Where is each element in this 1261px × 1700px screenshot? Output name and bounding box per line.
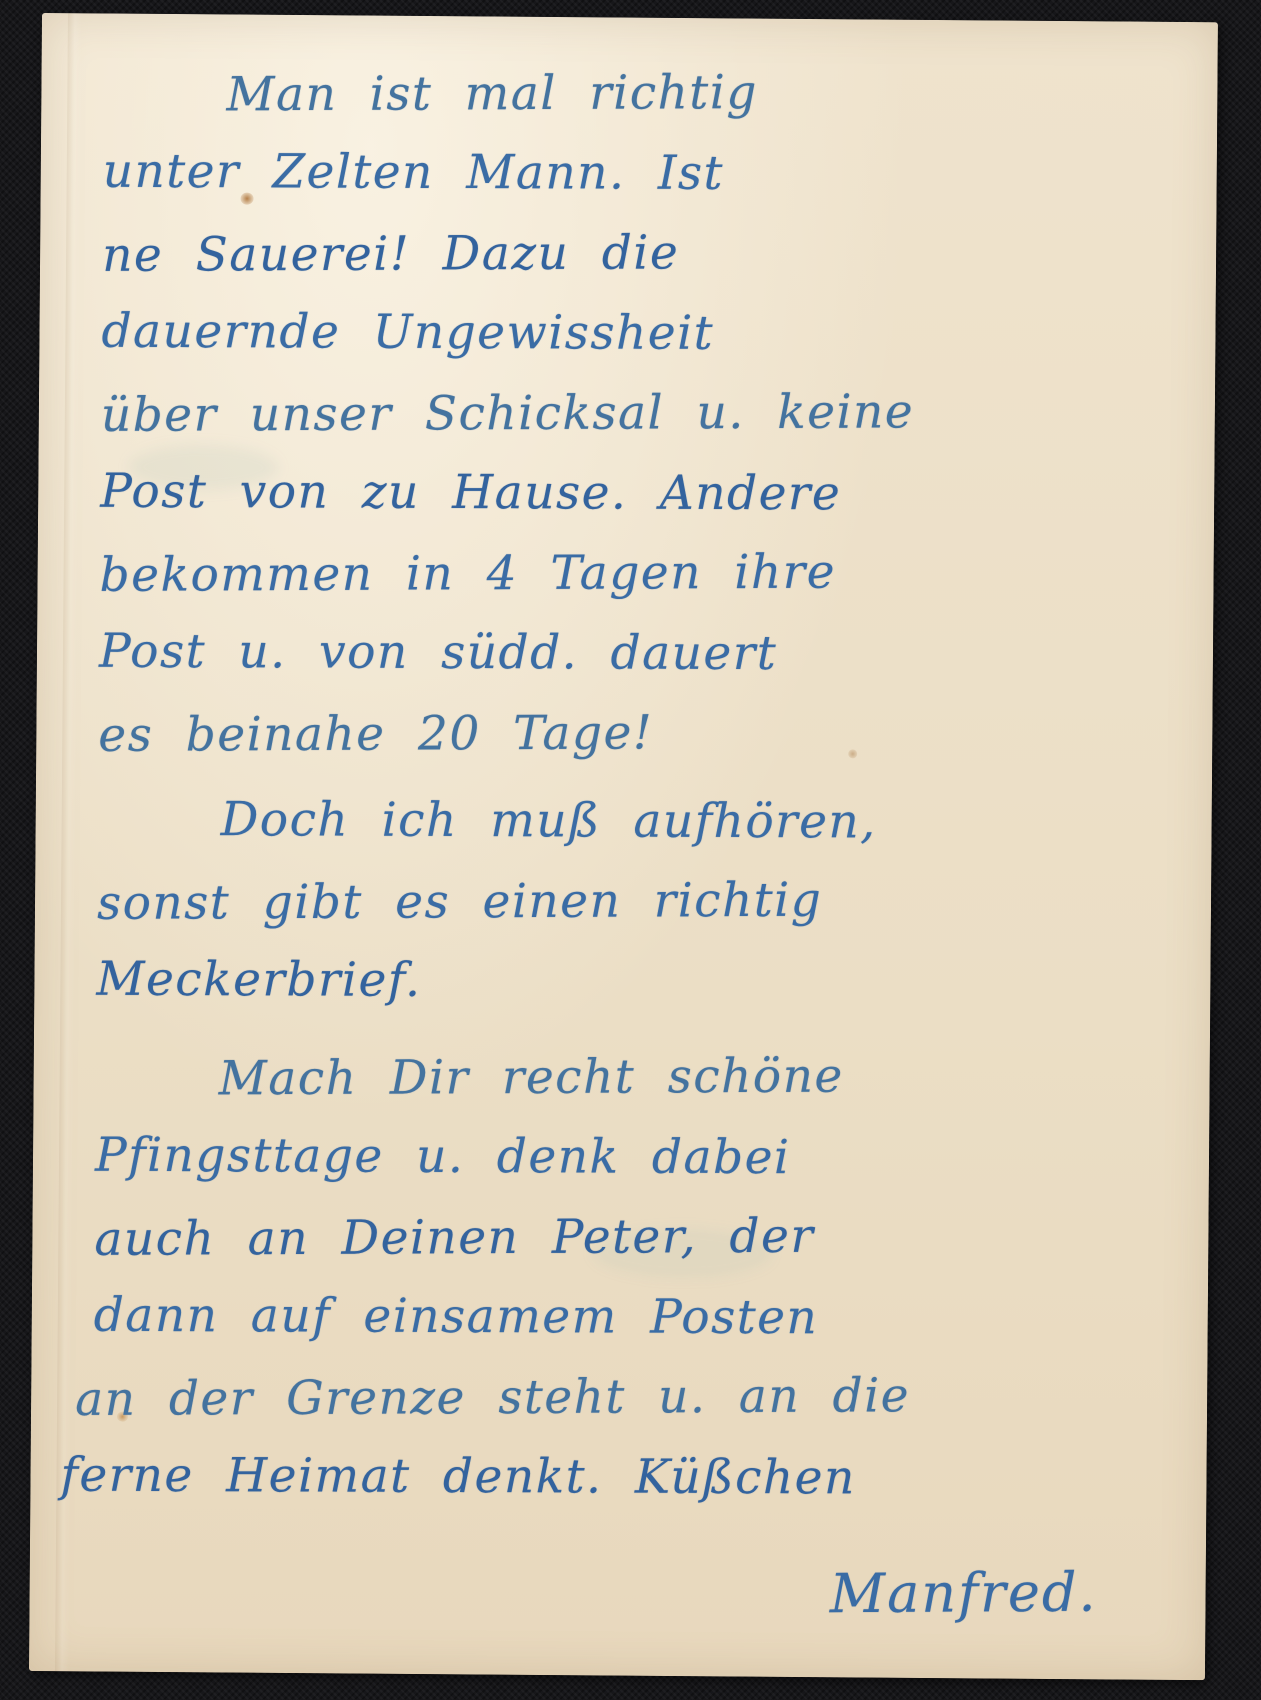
letter-line: es beinahe 20 Tage! [36,691,1212,776]
letter-body: Man ist mal richtig unter Zelten Mann. I… [29,49,1217,1640]
letter-line: Pfingsttage u. denk dabei [33,1116,1209,1200]
letter-line: Mach Dir recht schöne [33,1035,1209,1120]
signature: Manfred. [29,1552,1205,1639]
letter-line: dauernde Ungewissheit [39,292,1215,376]
photo-background: { "document": { "type": "handwritten-let… [0,0,1261,1700]
letter-page: Man ist mal richtig unter Zelten Mann. I… [29,13,1218,1680]
letter-line: dann auf einsamem Posten [32,1276,1208,1360]
letter-line: sonst gibt es einen richtig [35,859,1211,944]
letter-line: bekommen in 4 Tagen ihre [37,531,1213,616]
letter-line: ne Sauerei! Dazu die [40,211,1216,296]
letter-line: über unser Schicksal u. keine [39,371,1215,456]
letter-line: auch an Deinen Peter, der [32,1195,1208,1280]
letter-line: Man ist mal richtig [41,51,1217,136]
letter-line: Doch ich muß aufhören, [36,780,1212,864]
letter-line: Post von zu Hause. Andere [38,452,1214,536]
letter-line: ferne Heimat denkt. Küßchen [30,1436,1206,1520]
letter-line: Meckerbrief. [34,940,1210,1024]
letter-line: an der Grenze steht u. an die [31,1355,1207,1440]
letter-line: unter Zelten Mann. Ist [41,132,1217,216]
letter-line: Post u. von südd. dauert [37,612,1213,696]
